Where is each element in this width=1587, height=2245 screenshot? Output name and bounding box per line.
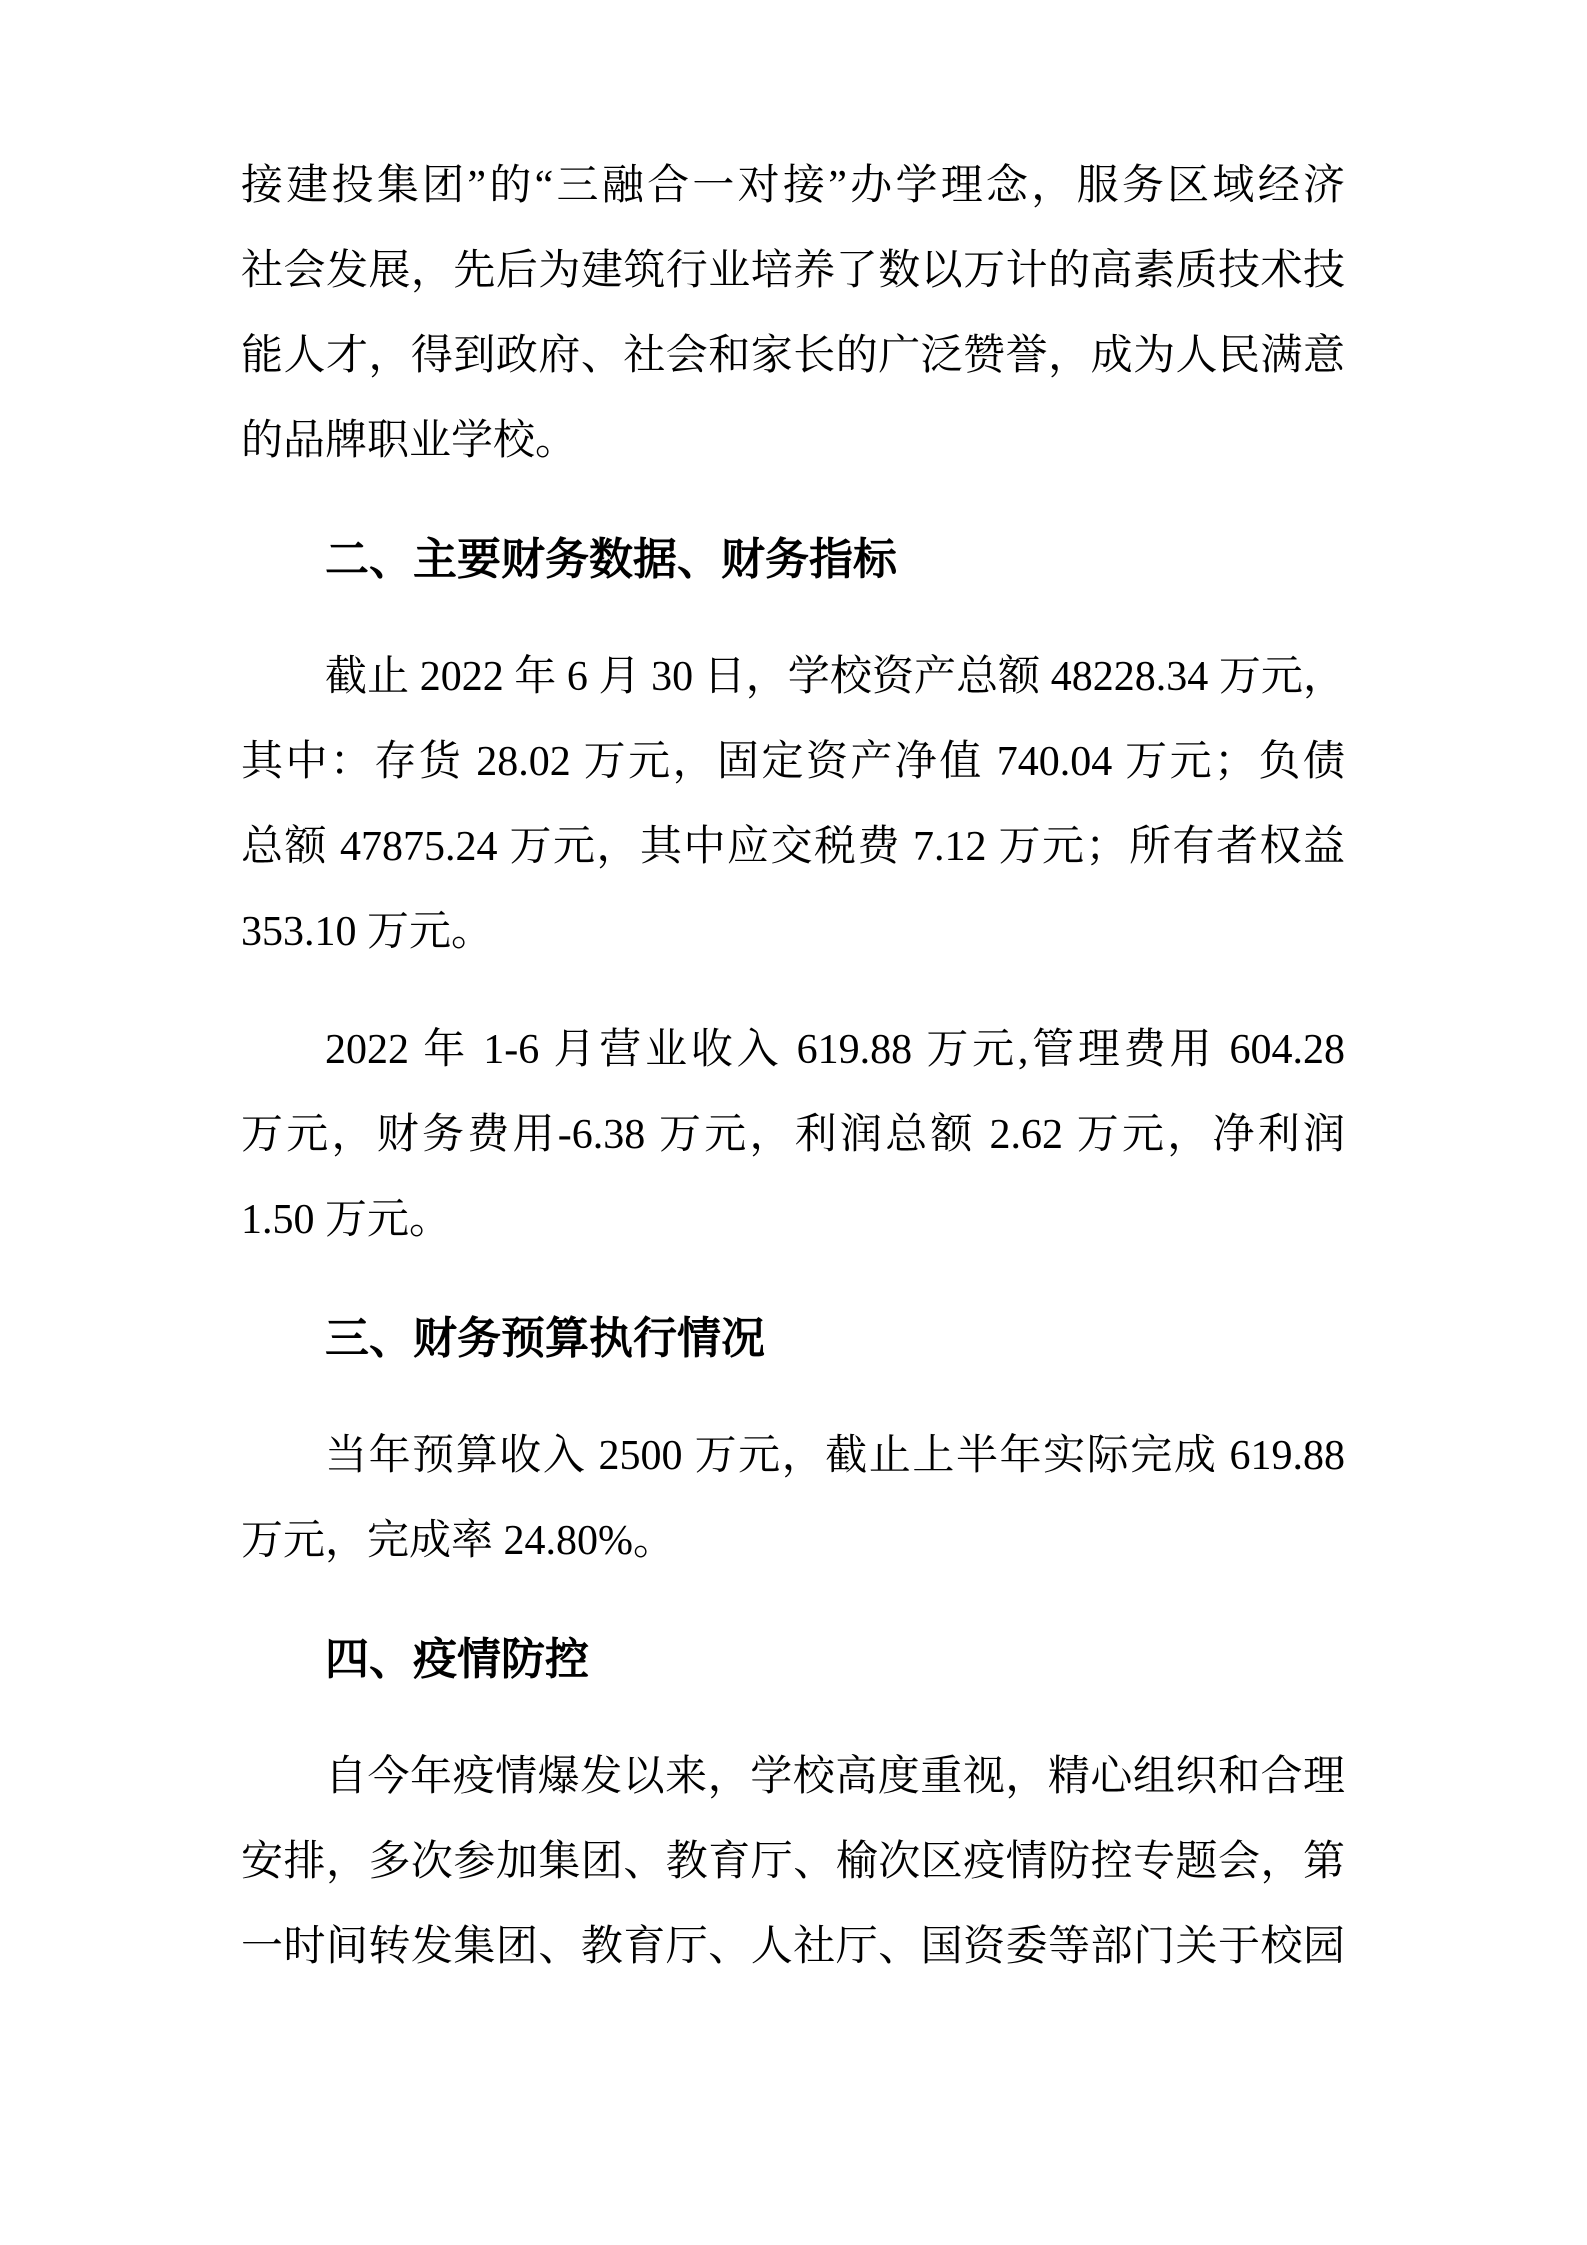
text-line: 353.10 万元。 [241, 890, 1345, 975]
document-body: 接建投集团”的“三融合一对接”办学理念，服务区域经济 社会发展，先后为建筑行业培… [241, 144, 1345, 1990]
text-line: 其中：存货 28.02 万元，固定资产净值 740.04 万元；负债 [241, 720, 1345, 805]
paragraph: 截止 2022 年 6 月 30 日，学校资产总额 48228.34 万元， 其… [241, 635, 1345, 975]
text-line: 总额 47875.24 万元，其中应交税费 7.12 万元；所有者权益 [241, 805, 1345, 890]
document-page: 接建投集团”的“三融合一对接”办学理念，服务区域经济 社会发展，先后为建筑行业培… [0, 0, 1587, 2245]
text-line: 接建投集团”的“三融合一对接”办学理念，服务区域经济 [241, 144, 1345, 229]
text-line: 万元，完成率 24.80%。 [241, 1499, 1345, 1584]
text-line: 万元，财务费用-6.38 万元，利润总额 2.62 万元，净利润 [241, 1093, 1345, 1178]
section-heading: 四、疫情防控 [241, 1617, 1345, 1702]
paragraph: 当年预算收入 2500 万元，截止上半年实际完成 619.88 万元，完成率 2… [241, 1414, 1345, 1584]
text-line: 的品牌职业学校。 [241, 399, 1345, 484]
text-line: 安排，多次参加集团、教育厅、榆次区疫情防控专题会，第 [241, 1820, 1345, 1905]
text-line: 2022 年 1-6 月营业收入 619.88 万元,管理费用 604.28 [241, 1008, 1345, 1093]
text-line: 能人才，得到政府、社会和家长的广泛赞誉，成为人民满意 [241, 314, 1345, 399]
text-line: 一时间转发集团、教育厅、人社厅、国资委等部门关于校园 [241, 1905, 1345, 1990]
text-line: 截止 2022 年 6 月 30 日，学校资产总额 48228.34 万元， [241, 635, 1345, 720]
paragraph: 2022 年 1-6 月营业收入 619.88 万元,管理费用 604.28 万… [241, 1008, 1345, 1263]
section-heading: 三、财务预算执行情况 [241, 1296, 1345, 1381]
text-line: 当年预算收入 2500 万元，截止上半年实际完成 619.88 [241, 1414, 1345, 1499]
section-heading: 二、主要财务数据、财务指标 [241, 517, 1345, 602]
paragraph: 自今年疫情爆发以来，学校高度重视，精心组织和合理 安排，多次参加集团、教育厅、榆… [241, 1735, 1345, 1990]
paragraph: 接建投集团”的“三融合一对接”办学理念，服务区域经济 社会发展，先后为建筑行业培… [241, 144, 1345, 484]
text-line: 社会发展，先后为建筑行业培养了数以万计的高素质技术技 [241, 229, 1345, 314]
text-line: 自今年疫情爆发以来，学校高度重视，精心组织和合理 [241, 1735, 1345, 1820]
text-line: 1.50 万元。 [241, 1178, 1345, 1263]
